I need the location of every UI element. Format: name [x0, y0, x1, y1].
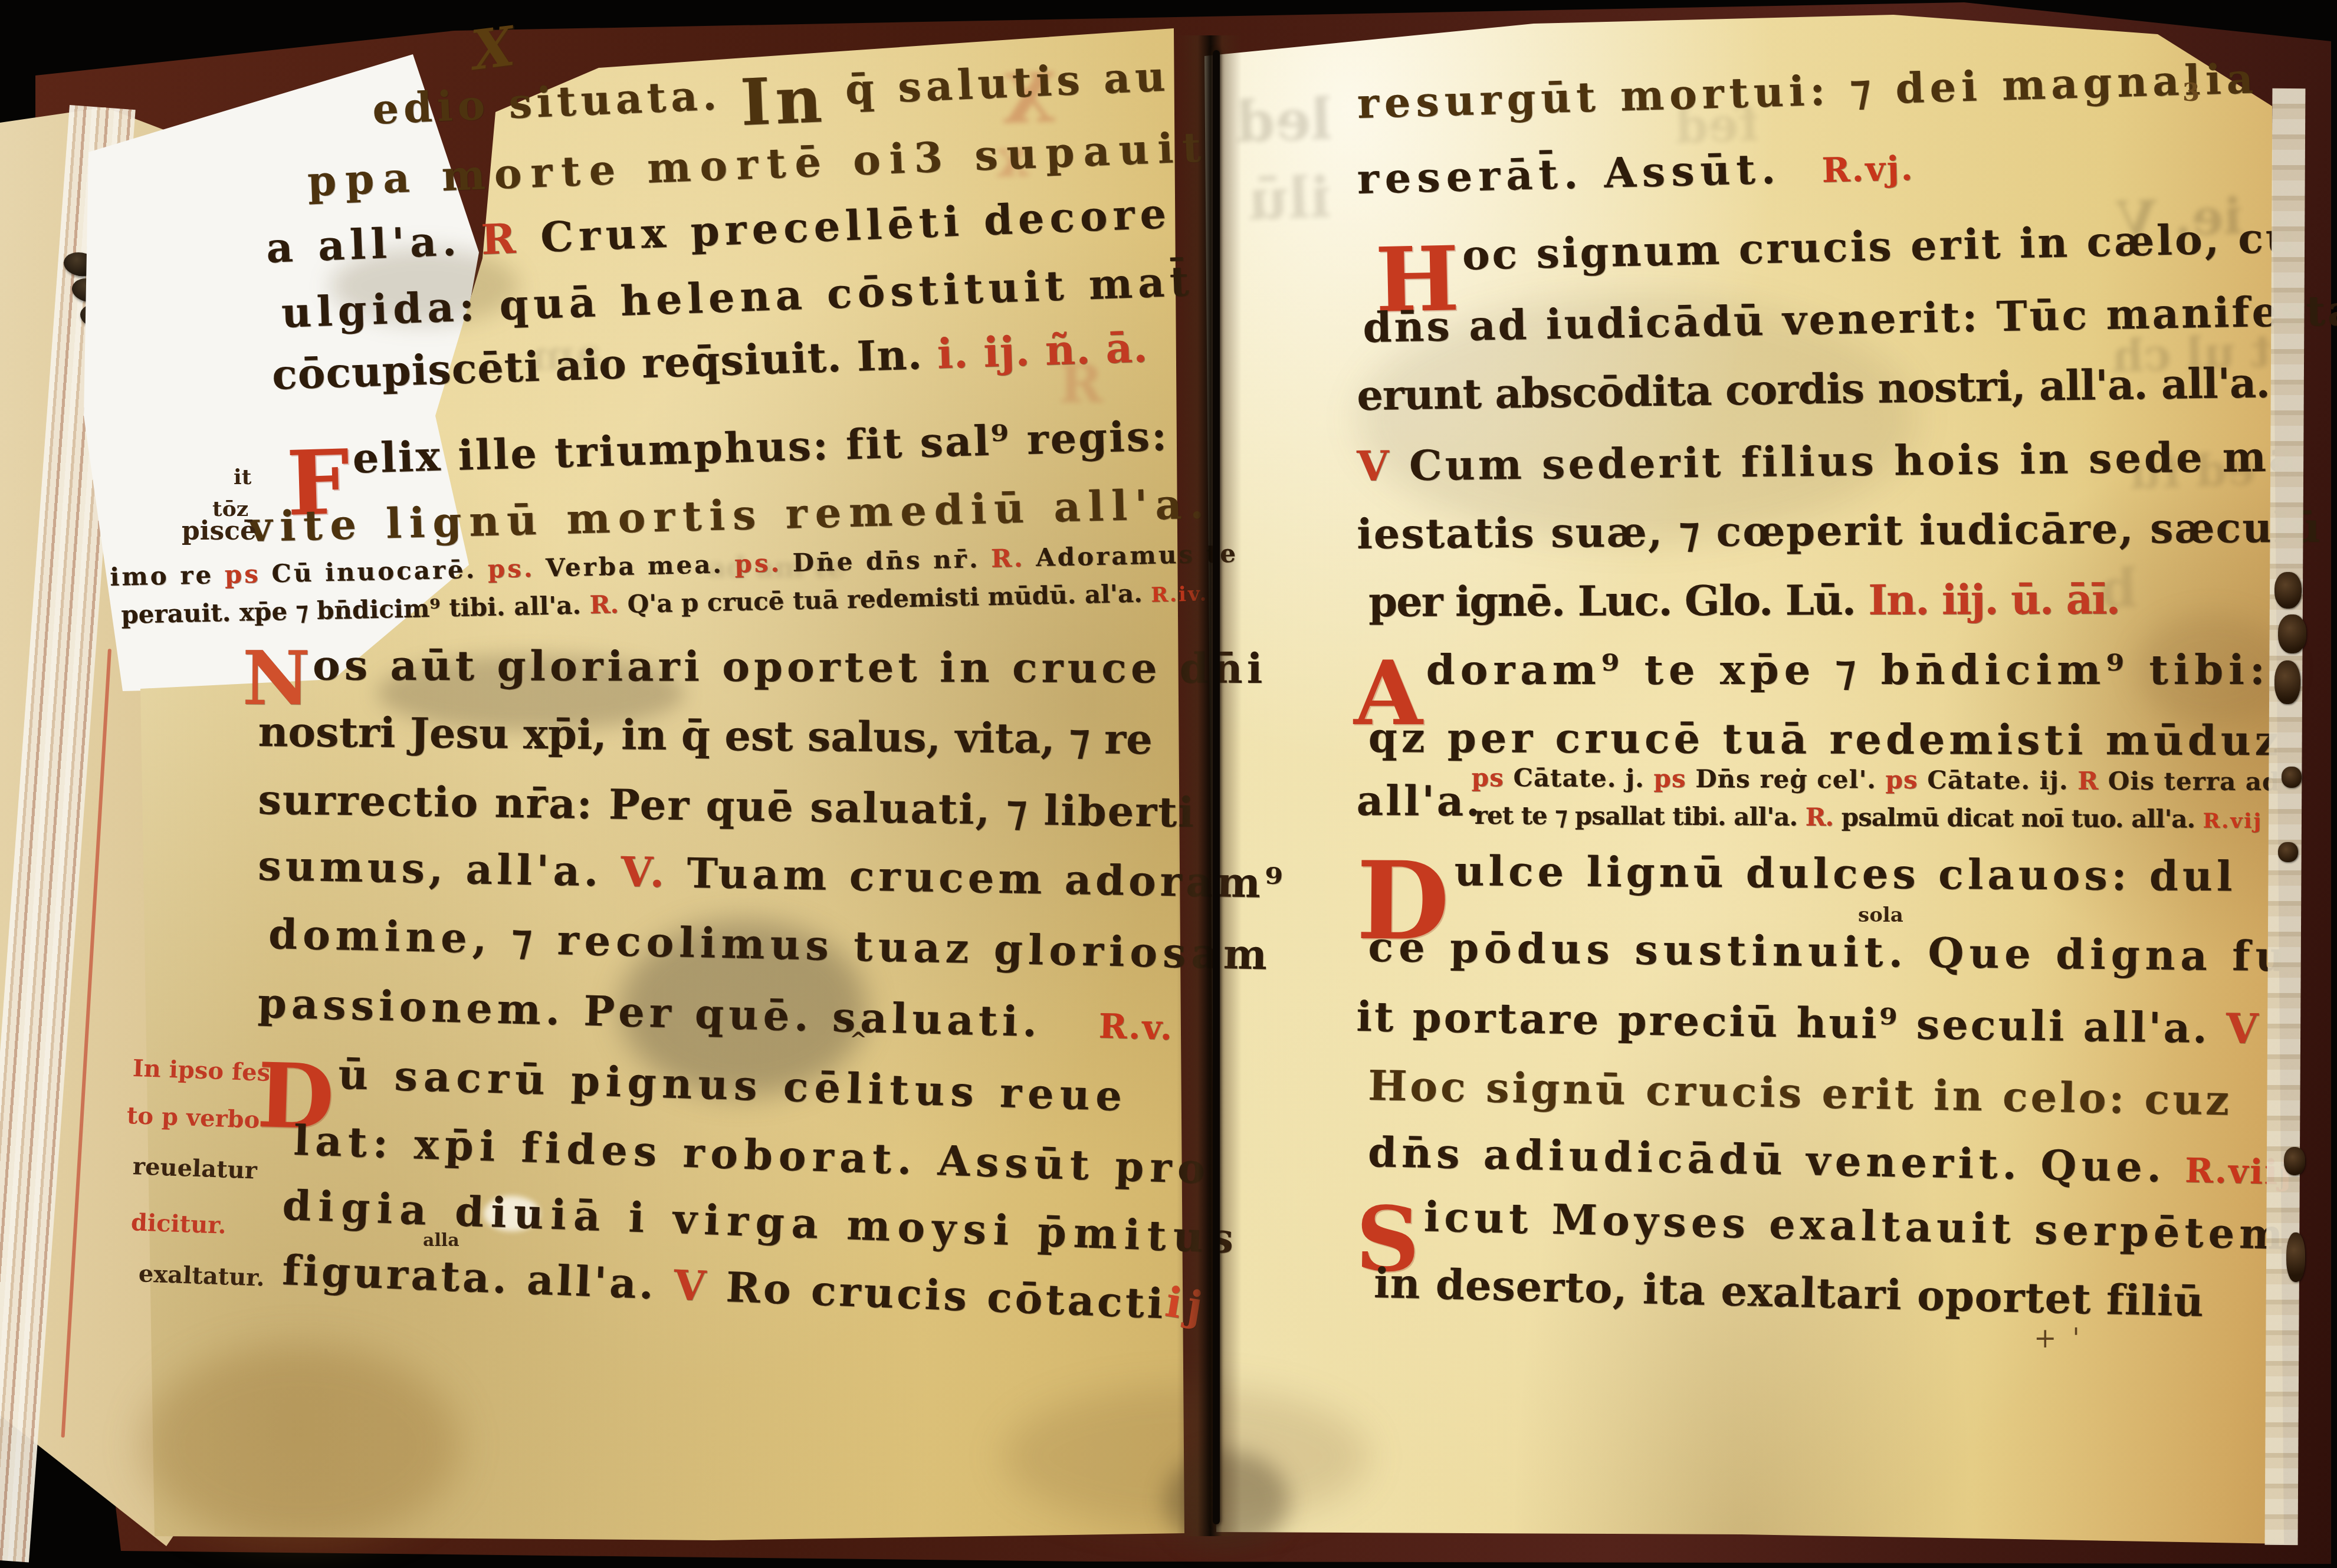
- text-fragment: alla: [423, 1230, 459, 1251]
- text-run: per ignē. Luc. Glo. Lū.: [1368, 576, 1869, 626]
- text-run: Verba mea.: [546, 550, 735, 583]
- bleed-through-text: ilū: [1246, 165, 1332, 234]
- text-run: all'a.: [1357, 776, 1483, 826]
- manuscript-line: Adoram⁹ te xp̄e ⁊ bn̄dicim⁹ tibi:: [1354, 649, 2270, 693]
- text-fragment: sola: [1858, 903, 1903, 927]
- edge-tab: [2282, 767, 2302, 788]
- manuscript-line: V Cum sederit filius hois in sede ma: [1357, 435, 2299, 488]
- cross-mark: + ': [2034, 1322, 2083, 1354]
- text-run: ps.: [734, 548, 793, 578]
- text-run: ce pōdus sustinuit. Que digna fu: [1368, 922, 2291, 981]
- margin-note: exaltatur.: [138, 1260, 265, 1291]
- edge-tab: [2274, 660, 2300, 704]
- text-run: In. iij. ū. āī.: [1868, 575, 2119, 624]
- manuscript-line: iestatis suæ, ⁊ cœperit iudicāre, sæculū: [1357, 507, 2322, 556]
- manuscript-line: erunt abscōdita cordis nostri, all'a. al…: [1357, 361, 2270, 417]
- edge-tab: [2278, 614, 2306, 653]
- margin-note: dicitur.: [130, 1208, 227, 1240]
- text-run: ps: [224, 559, 272, 589]
- text-run: psalmū dicat noī tuo. all'a.: [1842, 803, 2203, 833]
- text-fragment: piscē: [182, 516, 257, 546]
- text-run: R.vj.: [1821, 148, 1915, 190]
- edge-tab: [2286, 1232, 2305, 1282]
- manuscript-line: nostri Jesu xp̄i, in q̄ est salus, vita,…: [258, 711, 1153, 761]
- text-run: ps.: [487, 554, 546, 584]
- folio-number: 3: [2182, 78, 2200, 107]
- text-run: doram⁹ te xp̄e ⁊ bn̄dicim⁹ tibi:: [1426, 645, 2270, 694]
- edge-tab: [2284, 1147, 2305, 1175]
- text-run: Cātate. ij.: [1927, 765, 2077, 795]
- text-run: Cum sederit filius hois in sede ma: [1409, 432, 2299, 490]
- manuscript-line: ret te ⁊ psallat tibi. all'a. R. psalmū …: [1475, 803, 2263, 832]
- text-fragment: it: [234, 465, 251, 489]
- text-run: Cū inuocarē.: [271, 555, 488, 589]
- manuscript-line: ce pōdus sustinuit. Que digna fu: [1368, 926, 2290, 978]
- manuscript-line: Dulce lignū dulces clauos: dul: [1356, 849, 2236, 906]
- text-run: ps: [1653, 764, 1695, 793]
- text-run: ps: [1886, 765, 1928, 794]
- manuscript-line: per ignē. Luc. Glo. Lū. In. iij. ū. āī.: [1368, 578, 2119, 624]
- text-run: sumus, all'a.: [258, 841, 622, 896]
- text-run: V: [673, 1261, 727, 1311]
- text-run: iestatis suæ, ⁊ cœperit iudicāre, sæculū: [1357, 503, 2322, 558]
- text-run: R: [480, 213, 541, 264]
- text-run: V: [1357, 441, 1410, 491]
- manuscript-line: it portare preciū hui⁹ seculi all'a. V: [1356, 995, 2261, 1051]
- text-fragment: ^: [849, 1027, 867, 1052]
- manuscript-line: Nos aūt gloriari oportet in cruce dn̄i: [242, 644, 1267, 691]
- text-run: qz per crucē tuā redemisti mūduz: [1368, 713, 2283, 765]
- margin-note: reuelatur: [132, 1152, 257, 1184]
- text-run: R.: [589, 590, 628, 619]
- text-run: ret te ⁊ psallat tibi. all'a.: [1475, 801, 1806, 831]
- text-run: V.: [621, 847, 687, 898]
- bleed-through-text: led: [1235, 87, 1333, 156]
- manuscript-line: ps Cātate. j. ps Dn̄s reġ cel'. ps Cātat…: [1472, 765, 2297, 794]
- text-run: R: [2077, 766, 2108, 795]
- text-run: In: [739, 61, 828, 140]
- text-run: Cātate. j.: [1513, 763, 1653, 793]
- text-run: ps: [1472, 763, 1514, 792]
- text-run: a all'a.: [265, 215, 483, 272]
- text-run: Dn̄s reġ cel'.: [1695, 764, 1886, 794]
- margin-note: In ipso fes: [132, 1054, 271, 1087]
- text-run: i. ij. ñ. ā.: [937, 323, 1149, 378]
- text-run: imo re: [110, 560, 225, 591]
- text-run: R.: [991, 543, 1036, 573]
- text-run: R.v.: [1098, 1006, 1174, 1048]
- text-run: R.vij: [2203, 809, 2263, 833]
- text-run: nostri Jesu xp̄i, in q̄ est salus, vita,…: [258, 707, 1153, 764]
- parchment-stain: [142, 1345, 460, 1545]
- text-run: os aūt gloriari oportet in cruce dn̄i: [313, 640, 1267, 693]
- text-run: ulce lignū dulces clauos: dul: [1454, 846, 2236, 900]
- manuscript-line: qz per crucē tuā redemisti mūduz: [1368, 716, 2283, 762]
- manuscript-line: all'a.: [1357, 780, 1483, 823]
- quire-mark: X: [468, 14, 518, 83]
- gutter-crack: [1213, 50, 1220, 1524]
- text-run: R.: [1806, 803, 1842, 831]
- gutter-shadow: [1177, 35, 1242, 1536]
- edge-tab: [2278, 842, 2298, 862]
- text-run: V: [2226, 1004, 2260, 1054]
- edge-tab: [2274, 572, 2302, 609]
- text-run: Dn̄e dn̄s nr̄.: [792, 544, 991, 577]
- margin-note: to p verbo: [126, 1102, 260, 1134]
- manuscript-photo: ledilūfedie. Vct ul ched fubXxRamad am t…: [0, 0, 2337, 1568]
